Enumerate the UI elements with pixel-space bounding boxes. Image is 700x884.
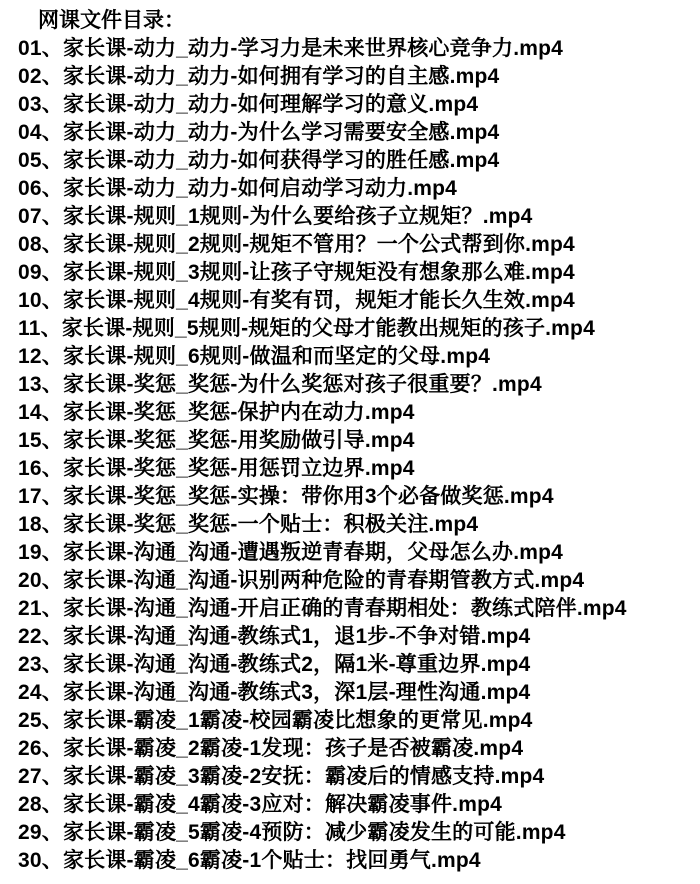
file-list-item: 11、家长课-规则_5规则-规矩的父母才能教出规矩的孩子.mp4 xyxy=(0,315,700,343)
file-list-item: 08、家长课-规则_2规则-规矩不管用？一个公式帮到你.mp4 xyxy=(0,231,700,259)
file-list-item: 21、家长课-沟通_沟通-开启正确的青春期相处：教练式陪伴.mp4 xyxy=(0,595,700,623)
file-list-item: 04、家长课-动力_动力-为什么学习需要安全感.mp4 xyxy=(0,119,700,147)
course-directory-document: 网课文件目录： 01、家长课-动力_动力-学习力是未来世界核心竞争力.mp4 0… xyxy=(0,0,700,884)
file-list-item: 09、家长课-规则_3规则-让孩子守规矩没有想象那么难.mp4 xyxy=(0,259,700,287)
file-list-item: 01、家长课-动力_动力-学习力是未来世界核心竞争力.mp4 xyxy=(0,35,700,63)
file-list-item: 27、家长课-霸凌_3霸凌-2安抚：霸凌后的情感支持.mp4 xyxy=(0,763,700,791)
file-list-item: 22、家长课-沟通_沟通-教练式1，退1步-不争对错.mp4 xyxy=(0,623,700,651)
file-list-item: 15、家长课-奖惩_奖惩-用奖励做引导.mp4 xyxy=(0,427,700,455)
file-list-item: 02、家长课-动力_动力-如何拥有学习的自主感.mp4 xyxy=(0,63,700,91)
file-list-item: 19、家长课-沟通_沟通-遭遇叛逆青春期，父母怎么办.mp4 xyxy=(0,539,700,567)
file-list-item: 28、家长课-霸凌_4霸凌-3应对：解决霸凌事件.mp4 xyxy=(0,791,700,819)
file-list-item: 10、家长课-规则_4规则-有奖有罚，规矩才能长久生效.mp4 xyxy=(0,287,700,315)
file-list-item: 24、家长课-沟通_沟通-教练式3，深1层-理性沟通.mp4 xyxy=(0,679,700,707)
document-title: 网课文件目录： xyxy=(0,7,700,35)
file-list-item: 14、家长课-奖惩_奖惩-保护内在动力.mp4 xyxy=(0,399,700,427)
file-list-item: 03、家长课-动力_动力-如何理解学习的意义.mp4 xyxy=(0,91,700,119)
file-list-item: 23、家长课-沟通_沟通-教练式2，隔1米-尊重边界.mp4 xyxy=(0,651,700,679)
file-list-item: 17、家长课-奖惩_奖惩-实操：带你用3个必备做奖惩.mp4 xyxy=(0,483,700,511)
file-list-item: 29、家长课-霸凌_5霸凌-4预防：减少霸凌发生的可能.mp4 xyxy=(0,819,700,847)
file-list-item: 12、家长课-规则_6规则-做温和而坚定的父母.mp4 xyxy=(0,343,700,371)
file-list-item: 26、家长课-霸凌_2霸凌-1发现：孩子是否被霸凌.mp4 xyxy=(0,735,700,763)
file-list-item: 13、家长课-奖惩_奖惩-为什么奖惩对孩子很重要？.mp4 xyxy=(0,371,700,399)
file-list-item: 20、家长课-沟通_沟通-识别两种危险的青春期管教方式.mp4 xyxy=(0,567,700,595)
file-list-item: 30、家长课-霸凌_6霸凌-1个贴士：找回勇气.mp4 xyxy=(0,847,700,875)
file-list-item: 16、家长课-奖惩_奖惩-用惩罚立边界.mp4 xyxy=(0,455,700,483)
file-list-item: 18、家长课-奖惩_奖惩-一个贴士：积极关注.mp4 xyxy=(0,511,700,539)
file-list-item: 07、家长课-规则_1规则-为什么要给孩子立规矩？.mp4 xyxy=(0,203,700,231)
file-list-item: 25、家长课-霸凌_1霸凌-校园霸凌比想象的更常见.mp4 xyxy=(0,707,700,735)
file-list-item: 05、家长课-动力_动力-如何获得学习的胜任感.mp4 xyxy=(0,147,700,175)
file-list-item: 06、家长课-动力_动力-如何启动学习动力.mp4 xyxy=(0,175,700,203)
